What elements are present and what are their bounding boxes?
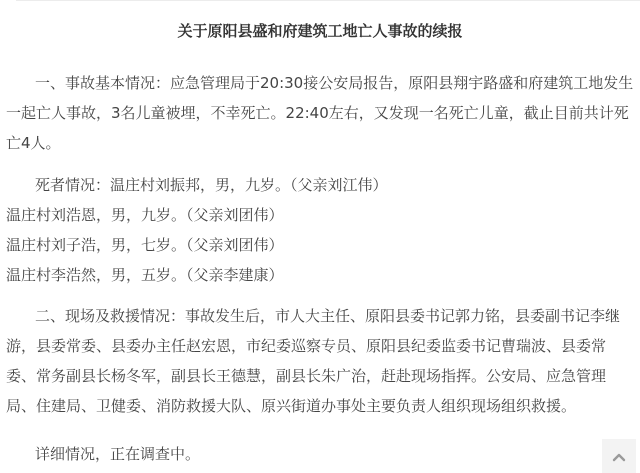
chevron-up-icon [612,447,626,466]
victim-item: 温庄村刘子浩，男，七岁。（父亲刘团伟） [6,230,634,260]
top-divider [16,0,640,1]
victim-item: 温庄村刘浩恩，男，九岁。（父亲刘团伟） [6,200,634,230]
victims-list: 死者情况：温庄村刘振邦，男，九岁。（父亲刘江伟） 温庄村刘浩恩，男，九岁。（父亲… [6,170,634,290]
scroll-to-top-button[interactable] [602,439,636,473]
section-2-paragraph: 二、现场及救援情况：事故发生后，市人大主任、原阳县委书记郭力铭，县委副书记李继游… [6,301,634,421]
article-title: 关于原阳县盛和府建筑工地亡人事故的续报 [0,20,640,41]
victim-item: 温庄村李浩然，男，五岁。（父亲李建康） [6,260,634,290]
victims-intro: 死者情况：温庄村刘振邦，男，九岁。（父亲刘江伟） [6,170,634,200]
section-1-paragraph: 一、事故基本情况：应急管理局于20:30接公安局报告，原阳县翔宇路盛和府建筑工地… [6,68,634,158]
closing-paragraph: 详细情况，正在调查中。 [6,439,634,469]
